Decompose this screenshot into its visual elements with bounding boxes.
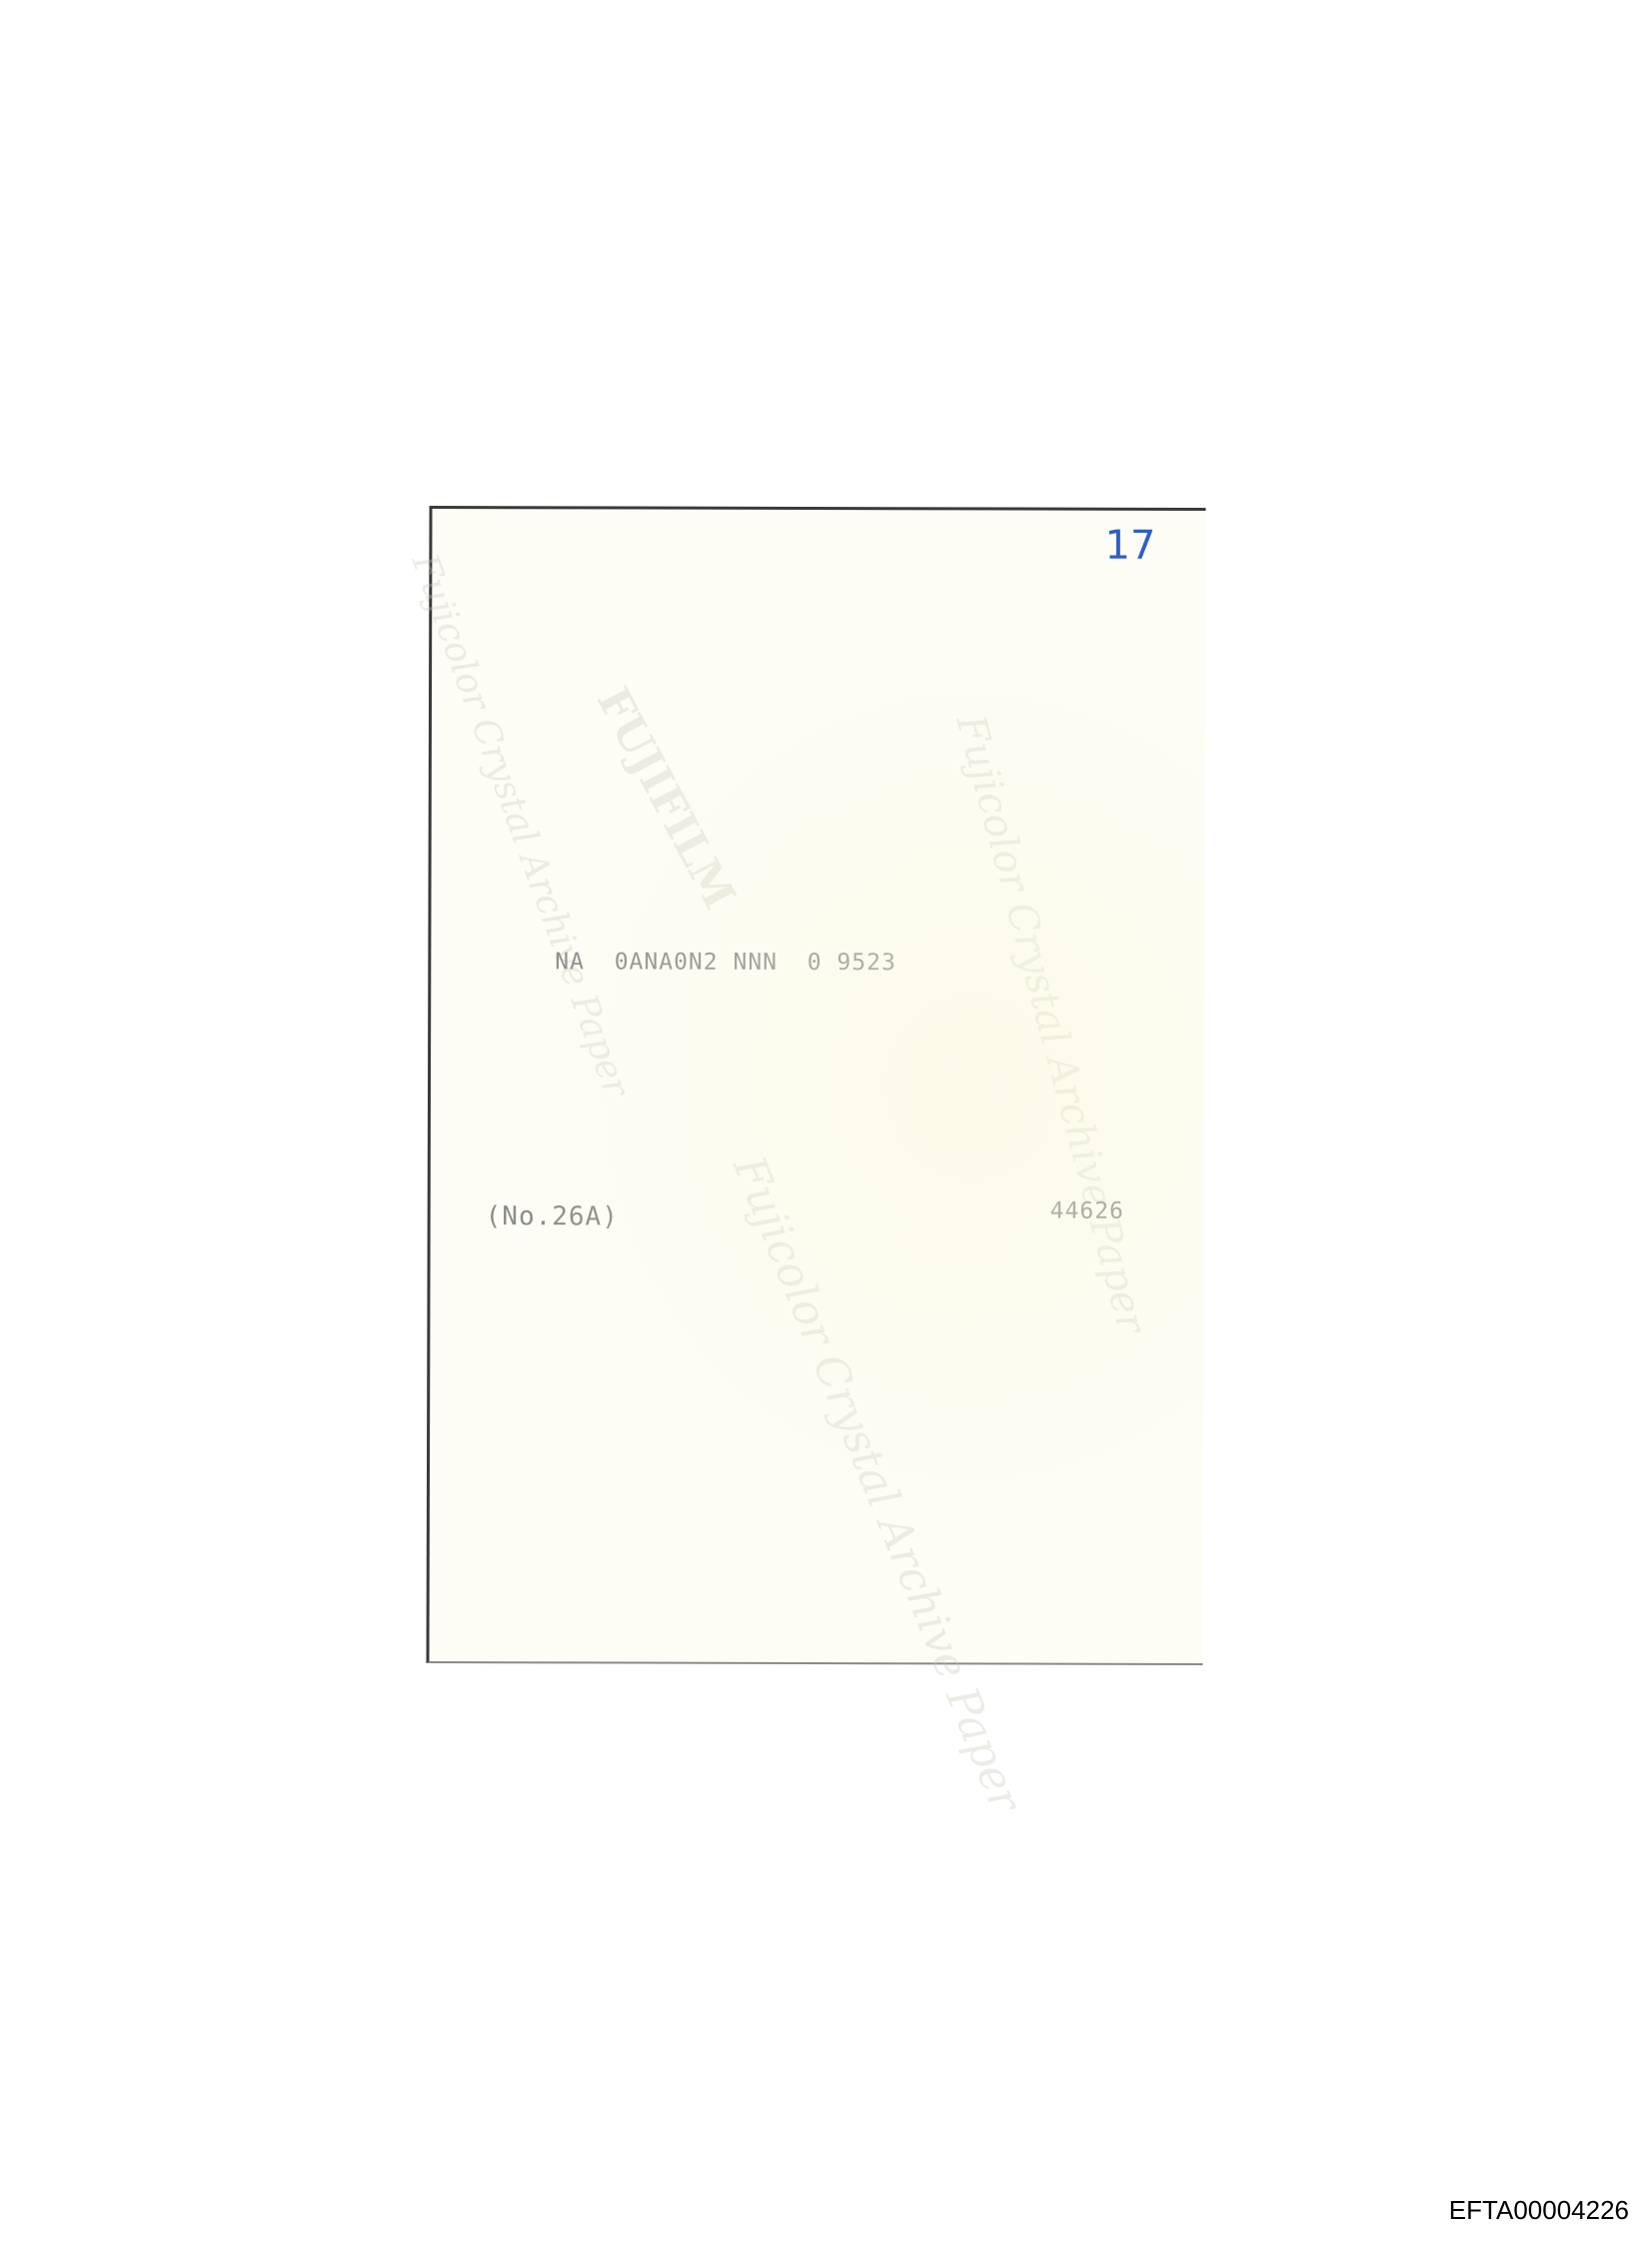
script-watermark: Fujicolor Crystal Archive Paper — [723, 1149, 1030, 1819]
printed-code-line: NA 0ANA0N2 NNN 0 9523 — [555, 949, 896, 976]
print-number: (No.26A) — [486, 1201, 619, 1231]
batch-number: 44626 — [1050, 1198, 1124, 1224]
brand-watermark: FUJIFILM — [587, 680, 745, 918]
photo-back: FUJIFILM Fujicolor Crystal Archive Paper… — [426, 506, 1205, 1665]
document-id: EFTA00004226 — [1449, 2195, 1629, 2226]
script-watermark: Fujicolor Crystal Archive Paper — [404, 549, 637, 1103]
script-watermark: Fujicolor Crystal Archive Paper — [947, 710, 1155, 1337]
handwritten-mark: 17 — [1104, 523, 1155, 569]
